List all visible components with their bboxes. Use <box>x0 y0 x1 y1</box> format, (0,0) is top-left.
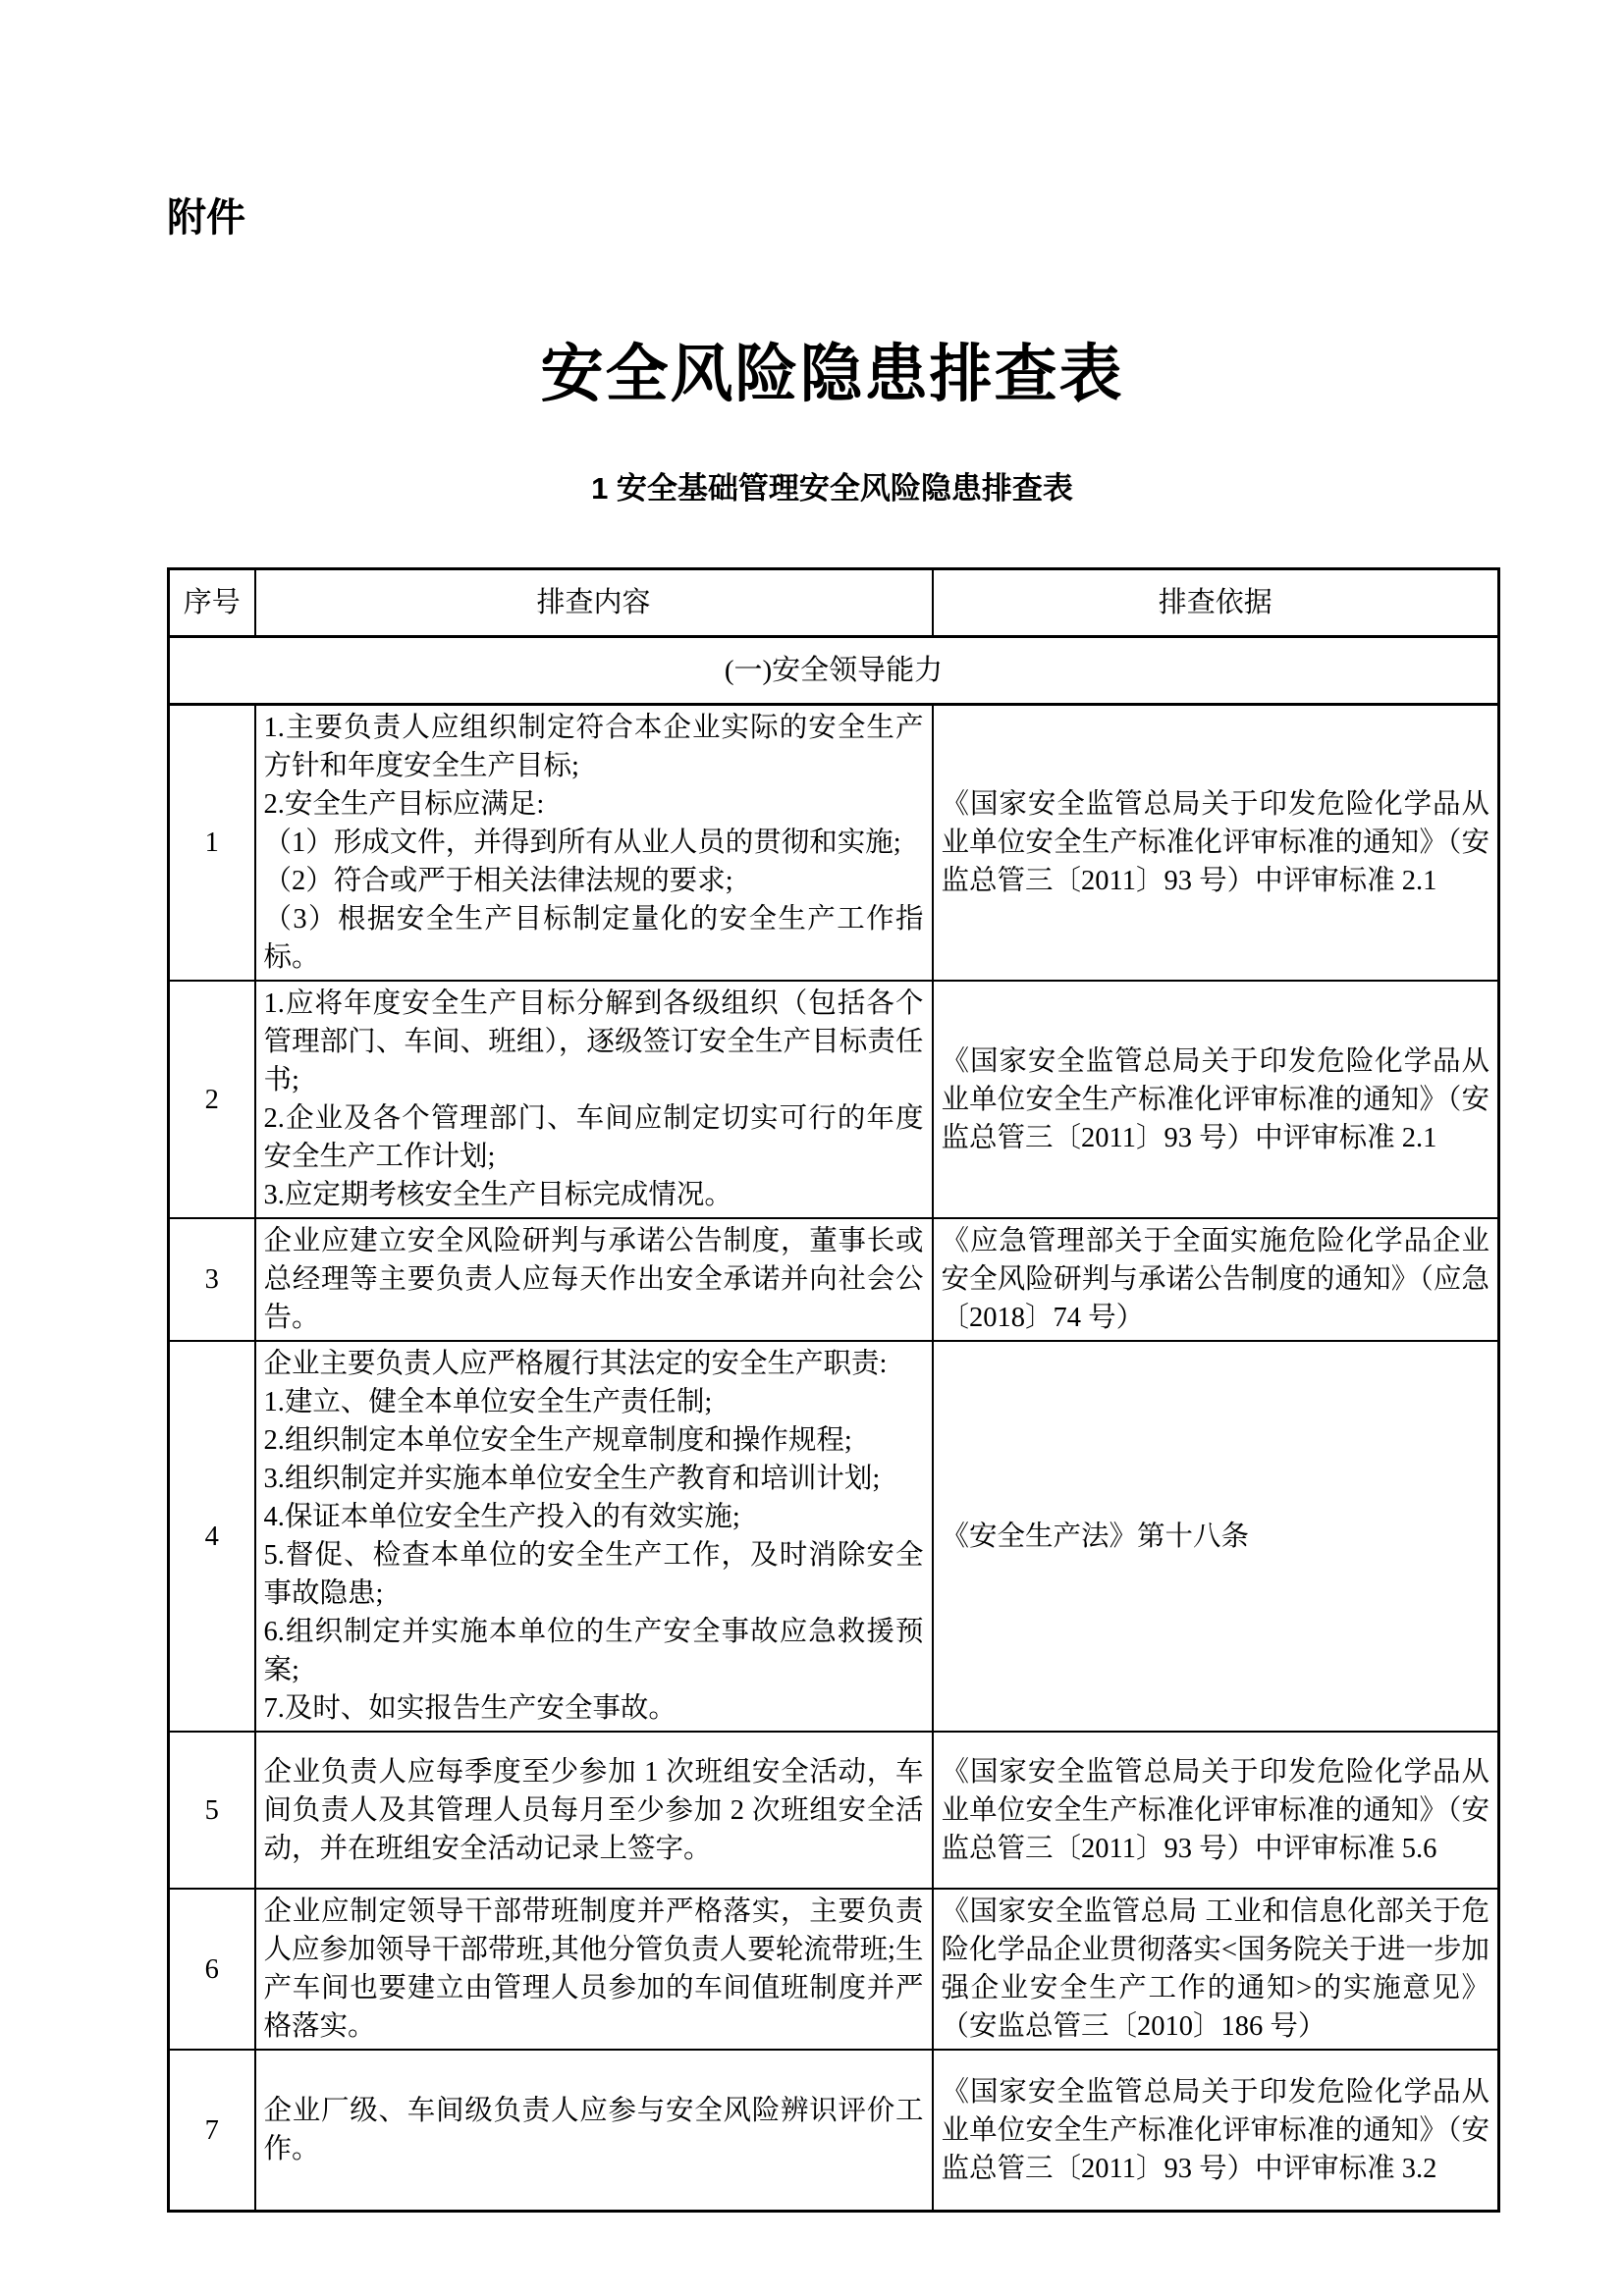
row-basis: 《国家安全监管总局关于印发危险化学品从业单位安全生产标准化评审标准的通知》（安监… <box>933 705 1499 982</box>
table-header-row: 序号 排查内容 排查依据 <box>169 569 1499 637</box>
row-content: 企业主要负责人应严格履行其法定的安全生产职责: 1.建立、健全本单位安全生产责任… <box>255 1341 933 1732</box>
table-row: 3 企业应建立安全风险研判与承诺公告制度，董事长或总经理等主要负责人应每天作出安… <box>169 1218 1499 1341</box>
table-caption: 1 安全基础管理安全风险隐患排查表 <box>167 463 1497 507</box>
table-row: 4 企业主要负责人应严格履行其法定的安全生产职责: 1.建立、健全本单位安全生产… <box>169 1341 1499 1732</box>
row-basis: 《国家安全监管总局关于印发危险化学品从业单位安全生产标准化评审标准的通知》（安监… <box>933 2050 1499 2212</box>
table-row: 6 企业应制定领导干部带班制度并严格落实，主要负责人应参加领导干部带班,其他分管… <box>169 1889 1499 2050</box>
attachment-label: 附件 <box>167 187 245 242</box>
row-content: 1.应将年度安全生产目标分解到各级组织（包括各个管理部门、车间、班组），逐级签订… <box>255 981 933 1218</box>
header-index: 序号 <box>169 569 255 637</box>
row-basis: 《国家安全监管总局 工业和信息化部关于危险化学品企业贯彻落实<国务院关于进一步加… <box>933 1889 1499 2050</box>
table-row: 1 1.主要负责人应组织制定符合本企业实际的安全生产方针和年度安全生产目标; 2… <box>169 705 1499 982</box>
row-content: 企业应制定领导干部带班制度并严格落实，主要负责人应参加领导干部带班,其他分管负责… <box>255 1889 933 2050</box>
row-content: 企业应建立安全风险研判与承诺公告制度，董事长或总经理等主要负责人应每天作出安全承… <box>255 1218 933 1341</box>
row-content: 企业厂级、车间级负责人应参与安全风险辨识评价工作。 <box>255 2050 933 2212</box>
header-basis: 排查依据 <box>933 569 1499 637</box>
row-index: 6 <box>169 1889 255 2050</box>
inspection-table: 序号 排查内容 排查依据 (一)安全领导能力 1 1.主要负责人应组织制定符合本… <box>167 567 1500 2213</box>
row-basis: 《国家安全监管总局关于印发危险化学品从业单位安全生产标准化评审标准的通知》（安监… <box>933 1732 1499 1889</box>
table-row: 2 1.应将年度安全生产目标分解到各级组织（包括各个管理部门、车间、班组），逐级… <box>169 981 1499 1218</box>
section-row: (一)安全领导能力 <box>169 637 1499 705</box>
page-title: 安全风险隐患排查表 <box>167 324 1497 414</box>
row-index: 5 <box>169 1732 255 1889</box>
row-index: 4 <box>169 1341 255 1732</box>
row-index: 1 <box>169 705 255 982</box>
section-title: (一)安全领导能力 <box>169 637 1499 705</box>
table-row: 5 企业负责人应每季度至少参加 1 次班组安全活动，车间负责人及其管理人员每月至… <box>169 1732 1499 1889</box>
row-content: 1.主要负责人应组织制定符合本企业实际的安全生产方针和年度安全生产目标; 2.安… <box>255 705 933 982</box>
row-index: 7 <box>169 2050 255 2212</box>
row-basis: 《应急管理部关于全面实施危险化学品企业安全风险研判与承诺公告制度的通知》（应急〔… <box>933 1218 1499 1341</box>
row-index: 3 <box>169 1218 255 1341</box>
header-content: 排查内容 <box>255 569 933 637</box>
row-content: 企业负责人应每季度至少参加 1 次班组安全活动，车间负责人及其管理人员每月至少参… <box>255 1732 933 1889</box>
row-basis: 《安全生产法》第十八条 <box>933 1341 1499 1732</box>
table-row: 7 企业厂级、车间级负责人应参与安全风险辨识评价工作。 《国家安全监管总局关于印… <box>169 2050 1499 2212</box>
row-index: 2 <box>169 981 255 1218</box>
row-basis: 《国家安全监管总局关于印发危险化学品从业单位安全生产标准化评审标准的通知》（安监… <box>933 981 1499 1218</box>
